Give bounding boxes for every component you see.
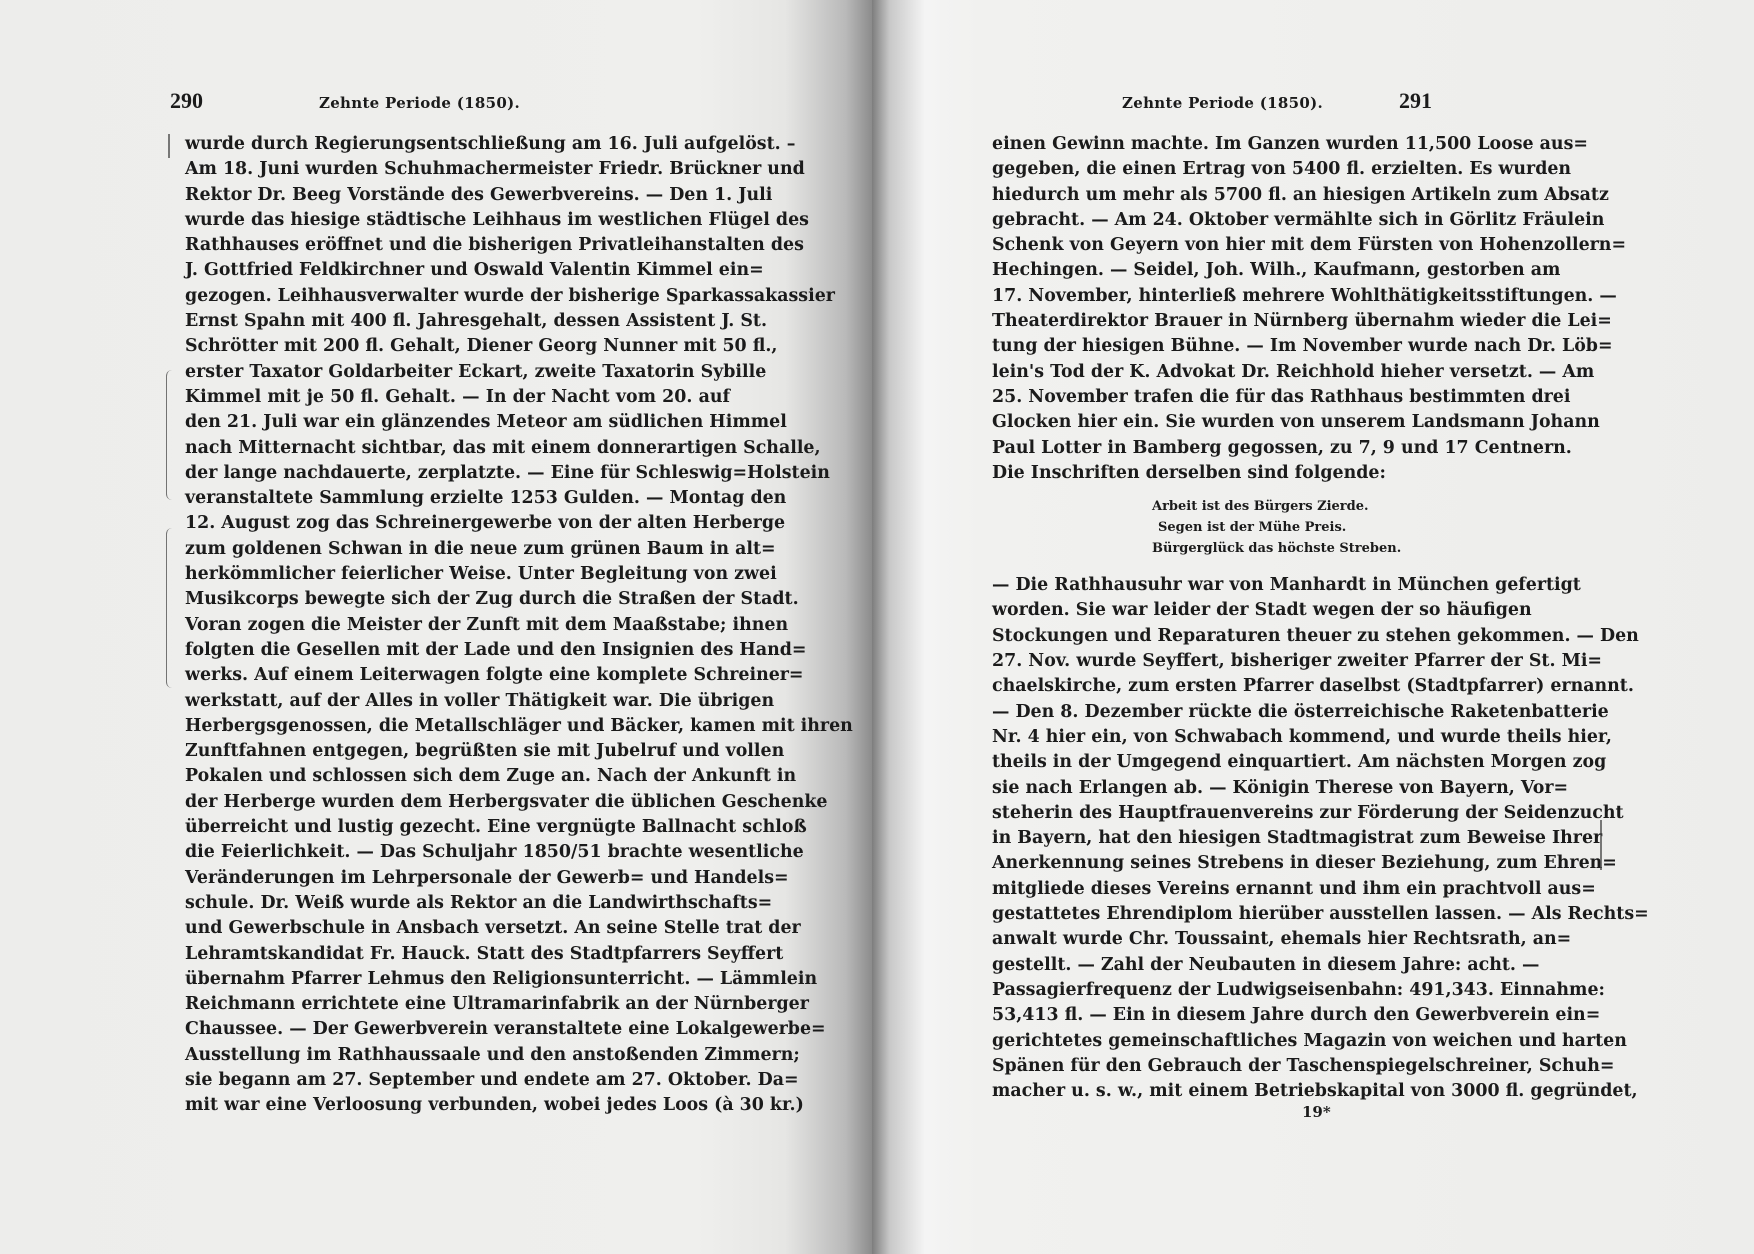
text-line: Ausstellung im Rathhaussaale und den ans… [185, 1043, 730, 1068]
text-line: Reichmann errichtete eine Ultramarinfabr… [185, 992, 730, 1017]
page-number: 290 [170, 88, 203, 114]
inscription-line: Bürgerglück das höchste Streben. [1152, 538, 1447, 559]
text-line: der Herberge wurden dem Herbergsvater di… [185, 790, 730, 815]
text-line: überreicht und lustig gezecht. Eine verg… [185, 815, 730, 840]
text-line: tung der hiesigen Bühne. — Im November w… [992, 334, 1447, 359]
text-line: Nr. 4 hier ein, von Schwabach kommend, u… [992, 725, 1447, 750]
book-spread: 290 Zehnte Periode (1850). wurde durch R… [0, 0, 1754, 1254]
paragraph-after-inscriptions: — Die Rathhausuhr war von Manhardt in Mü… [992, 573, 1447, 1104]
text-line: Anerkennung seines Strebens in dieser Be… [992, 851, 1447, 876]
text-line: Kimmel mit je 50 fl. Gehalt. — In der Na… [185, 385, 730, 410]
text-line: gestellt. — Zahl der Neubauten in diesem… [992, 953, 1447, 978]
text-line: zum goldenen Schwan in die neue zum grün… [185, 537, 730, 562]
pencil-margin-mark [1600, 820, 1602, 870]
text-line: in Bayern, hat den hiesigen Stadtmagistr… [992, 826, 1447, 851]
text-line: sie begann am 27. September und endete a… [185, 1068, 730, 1093]
text-line: gezogen. Leihhausverwalter wurde der bis… [185, 284, 730, 309]
running-title: Zehnte Periode (1850). [319, 94, 520, 112]
text-line: der lange nachdauerte, zerplatzte. — Ein… [185, 461, 730, 486]
text-line: gestattetes Ehrendiplom hierüber ausstel… [992, 902, 1447, 927]
text-line: Hechingen. — Seidel, Joh. Wilh., Kaufman… [992, 258, 1447, 283]
right-page-body: einen Gewinn machte. Im Ganzen wurden 11… [992, 132, 1447, 1104]
text-line: Rektor Dr. Beeg Vorstände des Gewerbvere… [185, 183, 730, 208]
text-line: und Gewerbschule in Ansbach versetzt. An… [185, 916, 730, 941]
text-line: erster Taxator Goldarbeiter Eckart, zwei… [185, 360, 730, 385]
text-line: Die Inschriften derselben sind folgende: [992, 461, 1447, 486]
inscription-line: Segen ist der Mühe Preis. [1152, 517, 1447, 538]
pencil-margin-mark [168, 134, 170, 158]
running-title: Zehnte Periode (1850). [1122, 94, 1323, 112]
text-line: Glocken hier ein. Sie wurden von unserem… [992, 410, 1447, 435]
text-line: 17. November, hinterließ mehrere Wohlthä… [992, 284, 1447, 309]
right-page-header: Zehnte Periode (1850). 291 [992, 88, 1432, 118]
text-line: steherin des Hauptfrauenvereins zur Förd… [992, 801, 1447, 826]
text-line: Ernst Spahn mit 400 fl. Jahresgehalt, de… [185, 309, 730, 334]
text-line: gerichtetes gemeinschaftliches Magazin v… [992, 1029, 1447, 1054]
text-line: worden. Sie war leider der Stadt wegen d… [992, 598, 1447, 623]
text-line: Spänen für den Gebrauch der Taschenspieg… [992, 1054, 1447, 1079]
text-line: Zunftfahnen entgegen, begrüßten sie mit … [185, 739, 730, 764]
text-line: wurde das hiesige städtische Leihhaus im… [185, 208, 730, 233]
left-page-body: wurde durch Regierungsentschließung am 1… [185, 132, 730, 1119]
text-line: 25. November trafen die für das Rathhaus… [992, 385, 1447, 410]
text-line: nach Mitternacht sichtbar, das mit einem… [185, 436, 730, 461]
text-line: lein's Tod der K. Advokat Dr. Reichhold … [992, 360, 1447, 385]
text-line: macher u. s. w., mit einem Betriebskapit… [992, 1079, 1447, 1104]
text-line: Musikcorps bewegte sich der Zug durch di… [185, 587, 730, 612]
text-line: Chaussee. — Der Gewerbverein veranstalte… [185, 1017, 730, 1042]
text-line: J. Gottfried Feldkirchner und Oswald Val… [185, 258, 730, 283]
text-line: werks. Auf einem Leiterwagen folgte eine… [185, 663, 730, 688]
text-line: chaelskirche, zum ersten Pfarrer daselbs… [992, 674, 1447, 699]
pencil-bracket [166, 370, 175, 500]
text-line: Stockungen und Reparaturen theuer zu ste… [992, 624, 1447, 649]
text-line: Rathhauses eröffnet und die bisherigen P… [185, 233, 730, 258]
text-line: schule. Dr. Weiß wurde als Rektor an die… [185, 891, 730, 916]
text-line: herkömmlicher feierlicher Weise. Unter B… [185, 562, 730, 587]
text-line: werkstatt, auf der Alles in voller Thäti… [185, 689, 730, 714]
text-line: Herbergsgenossen, die Metallschläger und… [185, 714, 730, 739]
text-line: einen Gewinn machte. Im Ganzen wurden 11… [992, 132, 1447, 157]
text-line: sie nach Erlangen ab. — Königin Therese … [992, 776, 1447, 801]
text-line: mit war eine Verloosung verbunden, wobei… [185, 1093, 730, 1118]
page-number: 291 [1399, 88, 1432, 114]
text-line: den 21. Juli war ein glänzendes Meteor a… [185, 410, 730, 435]
text-line: Passagierfrequenz der Ludwigseisenbahn: … [992, 978, 1447, 1003]
text-line: Theaterdirektor Brauer in Nürnberg übern… [992, 309, 1447, 334]
text-line: — Die Rathhausuhr war von Manhardt in Mü… [992, 573, 1447, 598]
text-line: Pokalen und schlossen sich dem Zuge an. … [185, 764, 730, 789]
text-line: 27. Nov. wurde Seyffert, bisheriger zwei… [992, 649, 1447, 674]
left-page-header: 290 Zehnte Periode (1850). [170, 88, 720, 118]
text-line: folgten die Gesellen mit der Lade und de… [185, 638, 730, 663]
inscription-line: Arbeit ist des Bürgers Zierde. [1152, 496, 1447, 517]
text-line: übernahm Pfarrer Lehmus den Religionsunt… [185, 967, 730, 992]
text-line: Am 18. Juni wurden Schuhmachermeister Fr… [185, 157, 730, 182]
bell-inscriptions: Arbeit ist des Bürgers Zierde.Segen ist … [992, 496, 1447, 559]
text-line: Lehramtskandidat Fr. Hauck. Statt des St… [185, 942, 730, 967]
text-line: gebracht. — Am 24. Oktober vermählte sic… [992, 208, 1447, 233]
text-line: theils in der Umgegend einquartiert. Am … [992, 750, 1447, 775]
pencil-bracket [166, 528, 175, 688]
text-line: Veränderungen im Lehrpersonale der Gewer… [185, 866, 730, 891]
text-line: hiedurch um mehr als 5700 fl. an hiesige… [992, 183, 1447, 208]
text-line: wurde durch Regierungsentschließung am 1… [185, 132, 730, 157]
text-line: 53,413 fl. — Ein in diesem Jahre durch d… [992, 1003, 1447, 1028]
right-page: Zehnte Periode (1850). 291 einen Gewinn … [872, 0, 1754, 1254]
text-line: 12. August zog das Schreinergewerbe von … [185, 511, 730, 536]
text-line: mitgliede dieses Vereins ernannt und ihm… [992, 877, 1447, 902]
text-line: Paul Lotter in Bamberg gegossen, zu 7, 9… [992, 436, 1447, 461]
text-line: anwalt wurde Chr. Toussaint, ehemals hie… [992, 927, 1447, 952]
text-line: — Den 8. Dezember rückte die österreichi… [992, 700, 1447, 725]
text-line: veranstaltete Sammlung erzielte 1253 Gul… [185, 486, 730, 511]
text-line: die Feierlichkeit. — Das Schuljahr 1850/… [185, 840, 730, 865]
signature-mark: 19* [1302, 1103, 1331, 1121]
text-line: Voran zogen die Meister der Zunft mit de… [185, 613, 730, 638]
left-page: 290 Zehnte Periode (1850). wurde durch R… [0, 0, 872, 1254]
text-line: gegeben, die einen Ertrag von 5400 fl. e… [992, 157, 1447, 182]
text-line: Schrötter mit 200 fl. Gehalt, Diener Geo… [185, 334, 730, 359]
text-line: Schenk von Geyern von hier mit dem Fürst… [992, 233, 1447, 258]
paragraph-before-inscriptions: einen Gewinn machte. Im Ganzen wurden 11… [992, 132, 1447, 486]
